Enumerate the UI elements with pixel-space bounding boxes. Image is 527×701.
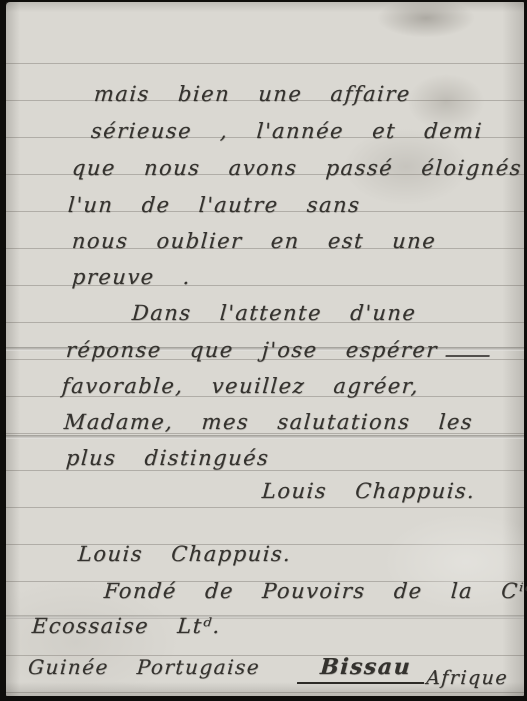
footer-place-line: Guinée PortugaiseBissauAfrique occid.: [27, 654, 527, 684]
letter-line: Madame, mes salutations les: [63, 410, 474, 434]
signature: Louis Chappuis.: [261, 479, 476, 503]
letter-line: favorable, veuillez agréer,: [61, 374, 420, 398]
place-name-underlined: Bissau: [297, 654, 426, 684]
place-prefix: Guinée Portugaise: [27, 655, 261, 679]
letter-line-text: réponse que j'ose espérer: [65, 338, 439, 362]
letter-line: nous oublier en est une: [71, 229, 437, 253]
letter-line: réponse que j'ose espérer: [65, 338, 491, 362]
letter-line: que nous avons passé éloignés: [71, 156, 523, 180]
letter-line: sérieuse , l'année et demi: [90, 119, 483, 143]
footer-role-line-1: Fondé de Pouvoirs de la Cⁱᵉ Franco: [103, 579, 527, 603]
place-suffix: Afrique occid.: [426, 667, 527, 689]
pen-flourish: [445, 351, 489, 357]
letter-line: mais bien une affaire: [93, 82, 411, 106]
letter-line: preuve .: [71, 265, 192, 289]
footer-role-line-2: Ecossaise Ltᵈ.: [31, 614, 222, 638]
letter-line: l'un de l'autre sans: [67, 193, 361, 217]
letter-line paragraph-start: Dans l'attente d'une: [131, 301, 417, 325]
fold-crease: [6, 435, 524, 439]
letter-line: plus distingués: [65, 446, 270, 470]
footer-name: Louis Chappuis.: [77, 542, 292, 566]
scanned-letter: mais bien une affaire sérieuse , l'année…: [0, 0, 527, 701]
letter-paper: mais bien une affaire sérieuse , l'année…: [6, 2, 524, 696]
